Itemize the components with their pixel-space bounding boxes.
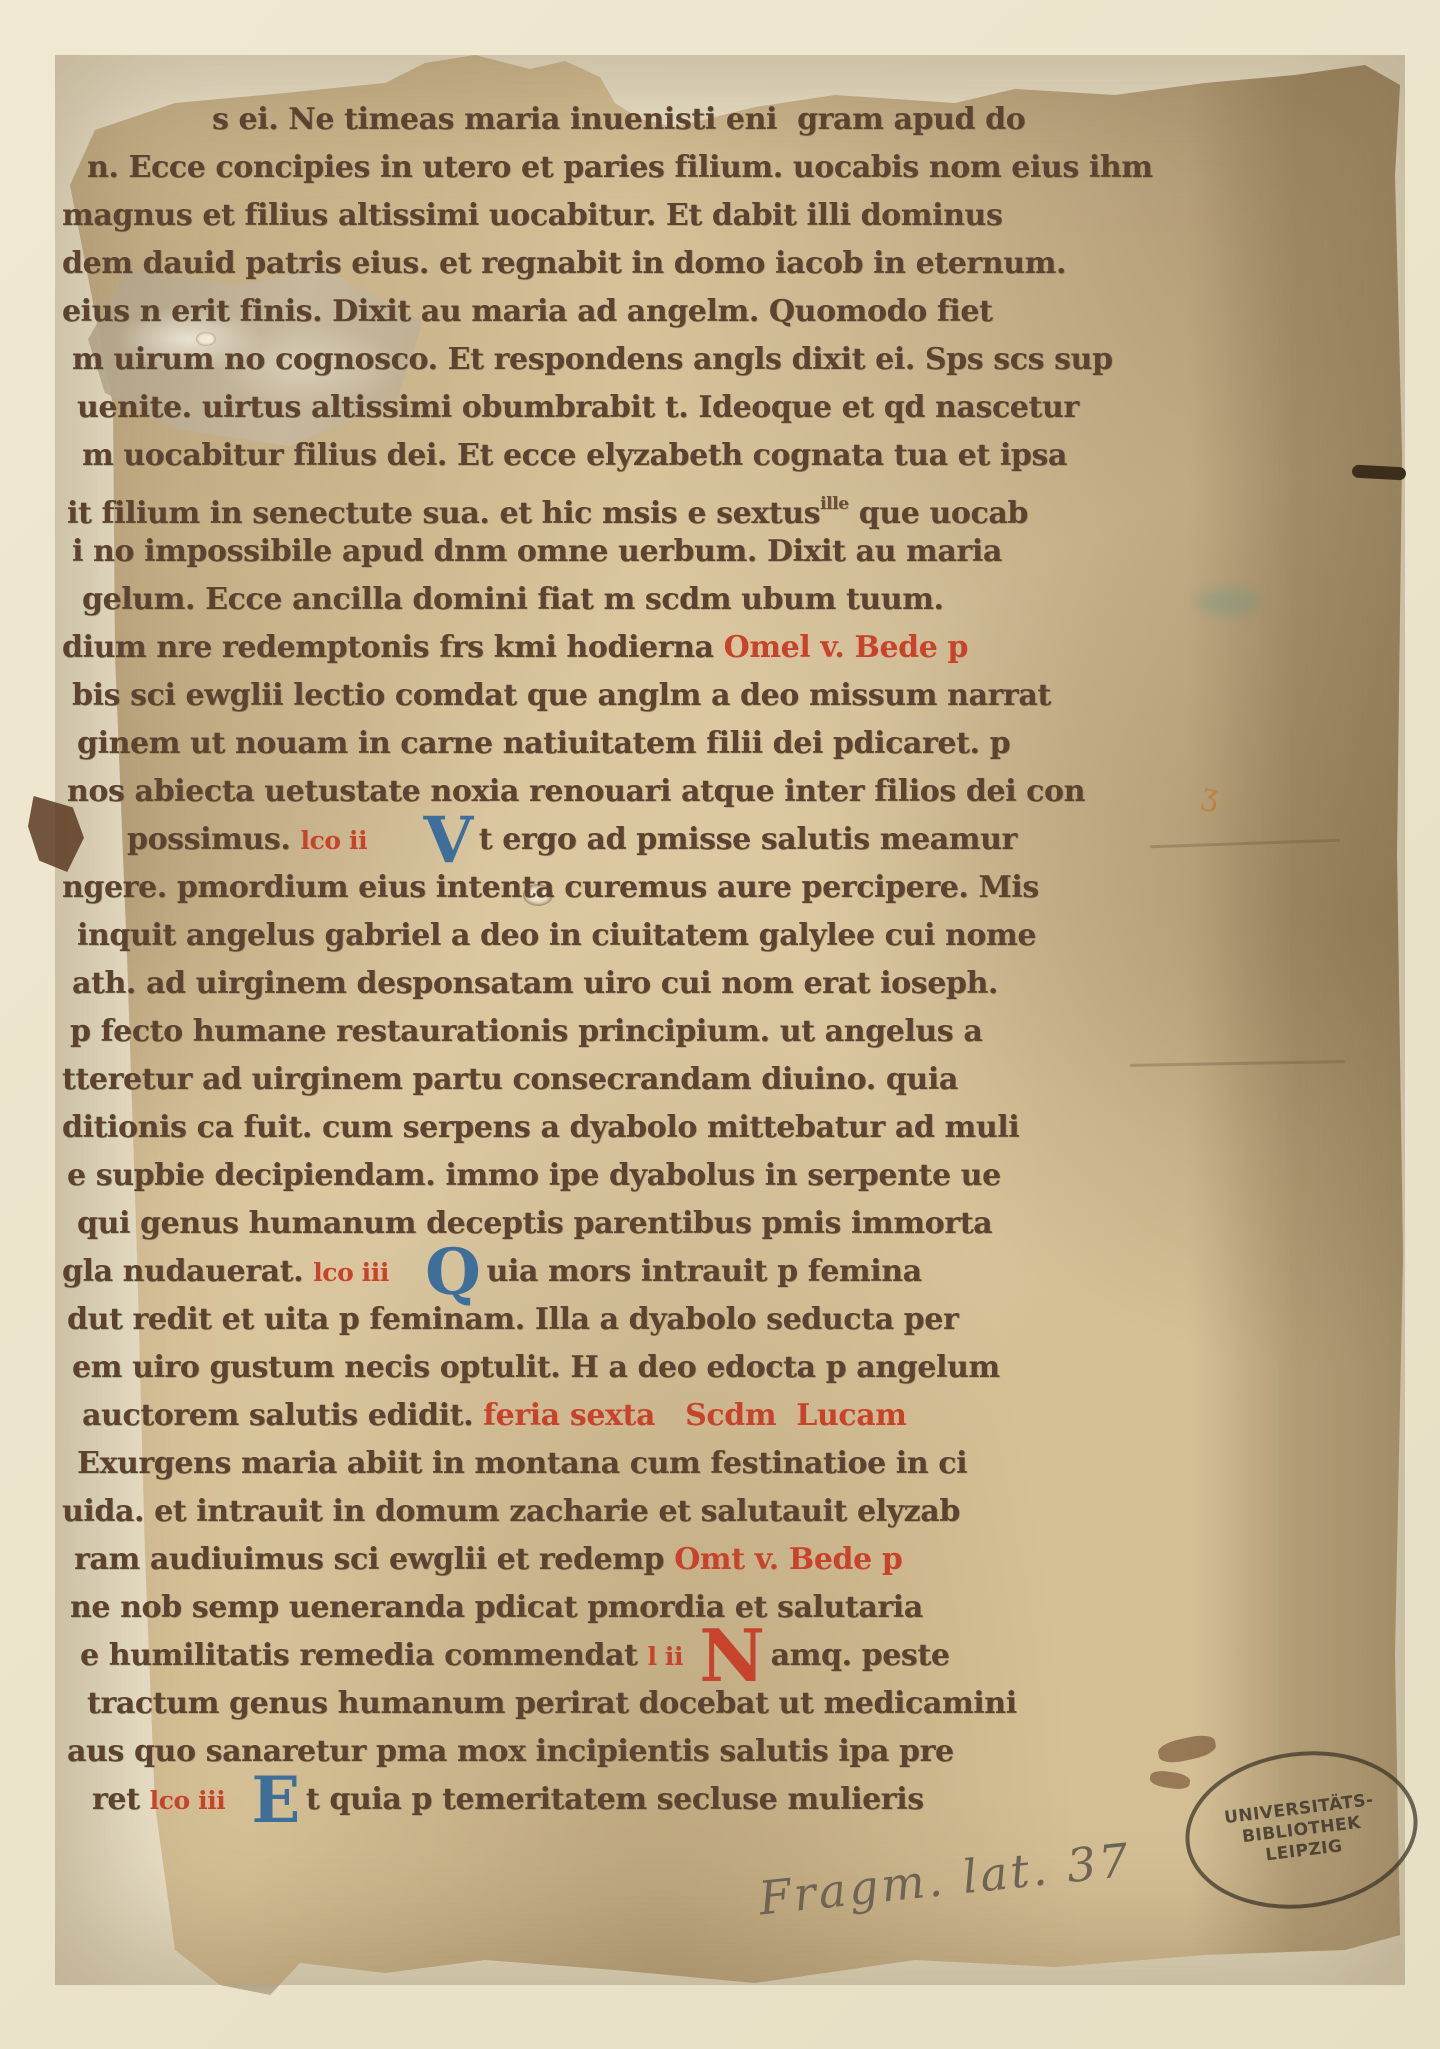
text-segment: inquit angelus gabriel a deo in ciuitate… [77, 918, 1036, 953]
text-segment: p fecto humane restaurationis principium… [70, 1014, 982, 1049]
text-line: tractum genus humanum perirat docebat ut… [62, 1680, 1312, 1728]
text-line: dium nre redemptonis frs kmi hodierna Om… [62, 624, 1312, 672]
text-segment: ath. ad uirginem desponsatam uiro cui no… [72, 966, 998, 1001]
text-segment: ret [92, 1782, 150, 1817]
text-segment: e humilitatis remedia commendat [80, 1638, 648, 1673]
text-segment: e supbie decipiendam. immo ipe dyabolus … [67, 1158, 1001, 1193]
rubric-segment: lco iii [313, 1258, 389, 1287]
rubric-segment: l ii [648, 1642, 684, 1671]
rubric-segment: lco iii [150, 1786, 226, 1815]
text-segment: possimus. [127, 822, 301, 857]
text-segment: m uirum no cognosco. Et respondens angls… [72, 342, 1113, 377]
text-line: bis sci ewglii lectio comdat que anglm a… [62, 672, 1312, 720]
text-segment: i no impossibile apud dnm omne uerbum. D… [72, 534, 1002, 569]
text-segment: que uocab [849, 496, 1028, 531]
text-segment: dium nre redemptonis frs kmi hodierna [62, 630, 724, 665]
text-line: ginem ut nouam in carne natiuitatem fili… [62, 720, 1312, 768]
text-line: ngere. pmordium eius intenta curemus aur… [62, 864, 1312, 912]
text-segment: ginem ut nouam in carne natiuitatem fili… [77, 726, 1010, 761]
text-segment: aus quo sanaretur pma mox incipientis sa… [67, 1734, 954, 1769]
text-line: dem dauid patris eius. et regnabit in do… [62, 240, 1312, 288]
text-line: e humilitatis remedia commendat l ii Nam… [62, 1632, 1312, 1680]
text-line: inquit angelus gabriel a deo in ciuitate… [62, 912, 1312, 960]
text-segment: eius n erit finis. Dixit au maria ad ang… [62, 294, 993, 329]
text-segment: gelum. Ecce ancilla domini fiat m scdm u… [82, 582, 944, 617]
text-segment [225, 1782, 245, 1817]
text-line: dut redit et uita p feminam. Illa a dyab… [62, 1296, 1312, 1344]
text-segment: uia mors intrauit p femina [486, 1254, 921, 1289]
rubric-segment: Omt v. Bede p [674, 1542, 902, 1577]
text-segment: nos abiecta uetustate noxia renouari atq… [67, 774, 1085, 809]
text-segment: uenite. uirtus altissimi obumbrabit t. I… [77, 390, 1079, 425]
text-line: magnus et filius altissimi uocabitur. Et… [62, 192, 1312, 240]
text-line: m uocabitur filius dei. Et ecce elyzabet… [62, 432, 1312, 480]
text-segment: ngere. pmordium eius intenta curemus aur… [62, 870, 1039, 905]
text-line: gelum. Ecce ancilla domini fiat m scdm u… [62, 576, 1312, 624]
parchment-slit [1352, 465, 1407, 481]
text-line: s ei. Ne timeas maria inuenisti eni gram… [62, 96, 1312, 144]
text-line: ret lco iii Et quia p temeritatem seclus… [62, 1776, 1312, 1824]
text-line: uenite. uirtus altissimi obumbrabit t. I… [62, 384, 1312, 432]
text-segment: t ergo ad pmisse salutis meamur [479, 822, 1017, 857]
text-line: em uiro gustum necis optulit. H a deo ed… [62, 1344, 1312, 1392]
rubric-segment: lco ii [301, 826, 368, 855]
text-segment: uida. et intrauit in domum zacharie et s… [62, 1494, 960, 1529]
text-segment: ram audiuimus sci ewglii et redemp [74, 1542, 674, 1577]
text-line: Exurgens maria abiit in montana cum fest… [62, 1440, 1312, 1488]
text-segment: amq. peste [771, 1638, 950, 1673]
manuscript-text: s ei. Ne timeas maria inuenisti eni gram… [62, 96, 1312, 1824]
text-segment: t quia p temeritatem secluse mulieris [306, 1782, 924, 1817]
text-line: m uirum no cognosco. Et respondens angls… [62, 336, 1312, 384]
text-line: tteretur ad uirginem partu consecrandam … [62, 1056, 1312, 1104]
text-segment: magnus et filius altissimi uocabitur. Et… [62, 198, 1002, 233]
text-line: auctorem salutis edidit. feria sexta Scd… [62, 1392, 1312, 1440]
text-segment: ne nob semp ueneranda pdicat pmordia et … [70, 1590, 923, 1625]
illuminated-initial: E [246, 1763, 306, 1838]
text-line: nos abiecta uetustate noxia renouari atq… [62, 768, 1312, 816]
rubric-segment: feria sexta Scdm Lucam [483, 1398, 906, 1433]
text-line: p fecto humane restaurationis principium… [62, 1008, 1312, 1056]
text-segment [683, 1638, 693, 1673]
text-segment: bis sci ewglii lectio comdat que anglm a… [72, 678, 1051, 713]
text-line: i no impossibile apud dnm omne uerbum. D… [62, 528, 1312, 576]
text-segment: auctorem salutis edidit. [82, 1398, 483, 1433]
text-line: ditionis ca fuit. cum serpens a dyabolo … [62, 1104, 1312, 1152]
text-segment: ditionis ca fuit. cum serpens a dyabolo … [62, 1110, 1019, 1145]
text-segment: it filium in senectute sua. et hic msis … [67, 496, 820, 531]
text-segment: Exurgens maria abiit in montana cum fest… [77, 1446, 967, 1481]
text-segment: gla nudauerat. [62, 1254, 313, 1289]
text-line: n. Ecce concipies in utero et paries fil… [62, 144, 1312, 192]
text-line: ath. ad uirginem desponsatam uiro cui no… [62, 960, 1312, 1008]
text-line: uida. et intrauit in domum zacharie et s… [62, 1488, 1312, 1536]
text-segment: s ei. Ne timeas maria inuenisti eni gram… [212, 102, 1025, 137]
text-line: ne nob semp ueneranda pdicat pmordia et … [62, 1584, 1312, 1632]
text-line: ram audiuimus sci ewglii et redemp Omt v… [62, 1536, 1312, 1584]
text-segment: dem dauid patris eius. et regnabit in do… [62, 246, 1066, 281]
text-segment: qui genus humanum deceptis parentibus pm… [77, 1206, 992, 1241]
text-segment: tteretur ad uirginem partu consecrandam … [62, 1062, 958, 1097]
text-segment: dut redit et uita p feminam. Illa a dyab… [67, 1302, 958, 1337]
manuscript-photo: ʒ s ei. Ne timeas maria inuenisti eni gr… [0, 0, 1440, 2049]
text-line: eius n erit finis. Dixit au maria ad ang… [62, 288, 1312, 336]
text-line: gla nudauerat. lco iii Quia mors intraui… [62, 1248, 1312, 1296]
text-line: qui genus humanum deceptis parentibus pm… [62, 1200, 1312, 1248]
text-line: e supbie decipiendam. immo ipe dyabolus … [62, 1152, 1312, 1200]
text-segment: em uiro gustum necis optulit. H a deo ed… [72, 1350, 1000, 1385]
rubric-segment: Omel v. Bede p [724, 630, 968, 665]
text-segment: n. Ecce concipies in utero et paries fil… [87, 150, 1153, 185]
text-line: it filium in senectute sua. et hic msis … [62, 480, 1312, 528]
text-segment: ille [820, 494, 849, 514]
text-segment: tractum genus humanum perirat docebat ut… [87, 1686, 1017, 1721]
text-line: possimus. lco ii Vt ergo ad pmisse salut… [62, 816, 1312, 864]
text-segment [367, 822, 417, 857]
text-segment [389, 1254, 419, 1289]
text-segment: m uocabitur filius dei. Et ecce elyzabet… [82, 438, 1067, 473]
